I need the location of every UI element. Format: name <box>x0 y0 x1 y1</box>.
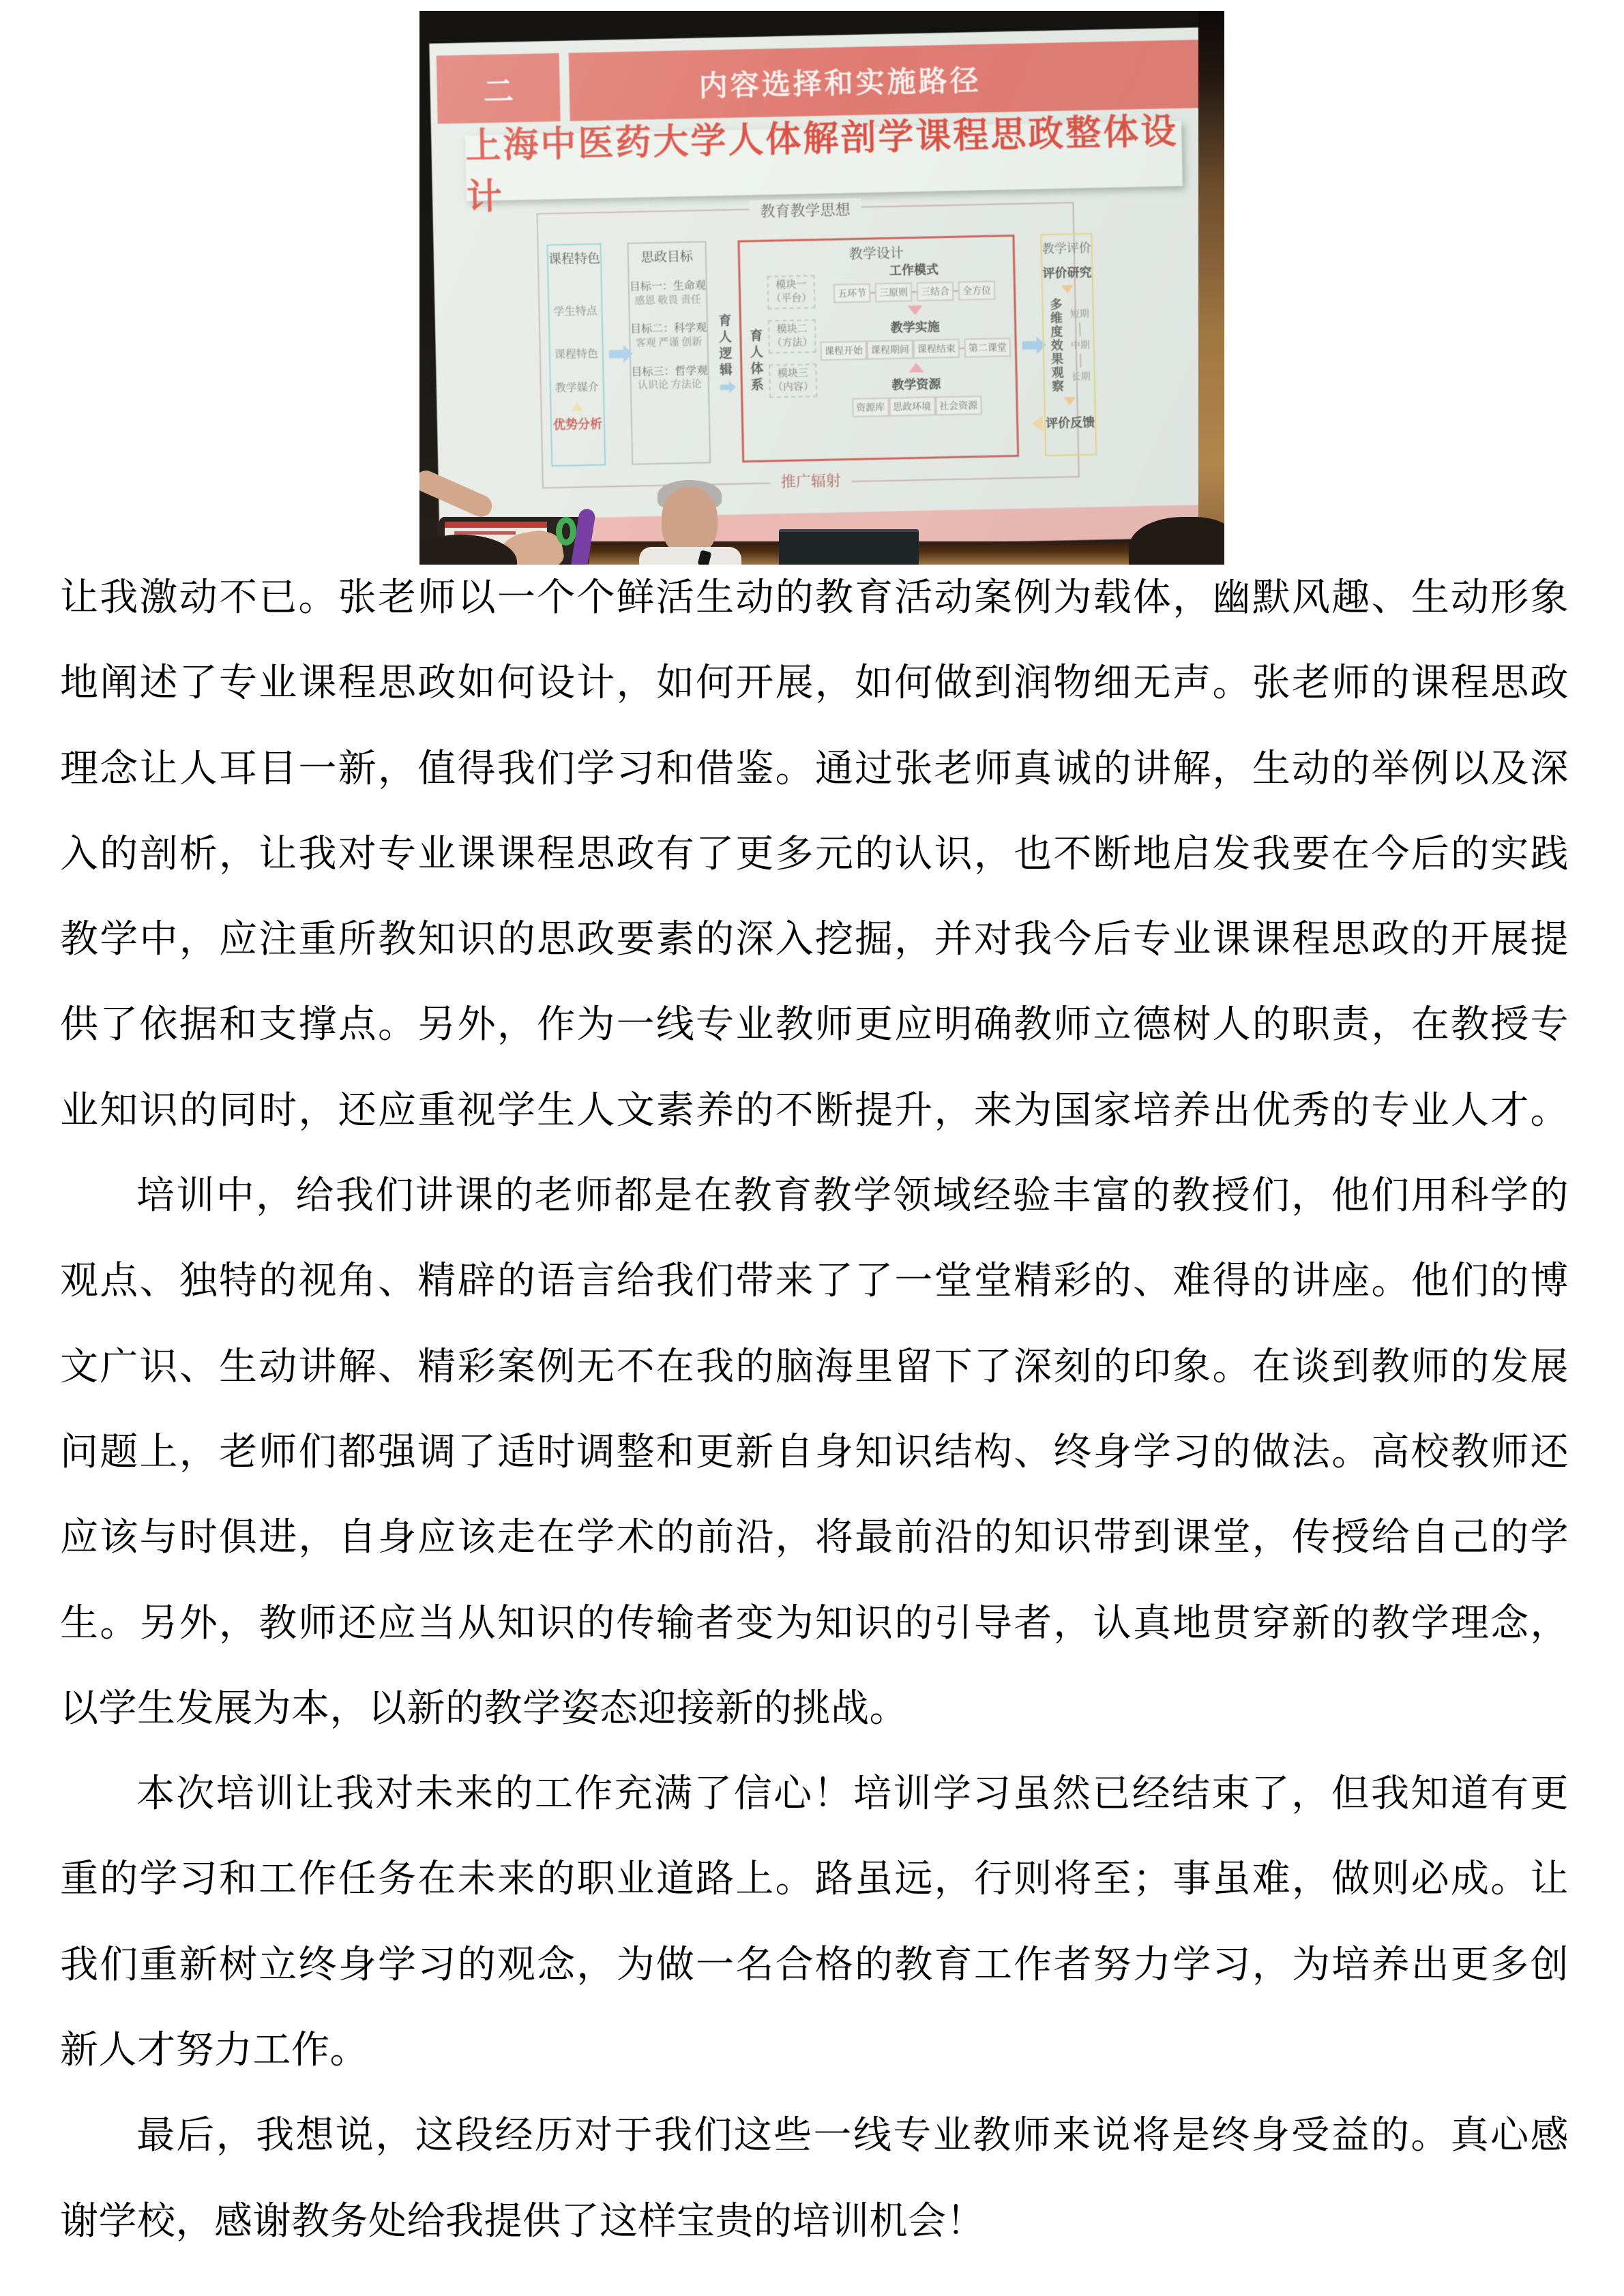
connector-line <box>1079 323 1080 336</box>
resource-item: 社会资源 <box>935 396 982 415</box>
nurture-system-label: 育人体系 <box>745 329 765 395</box>
goal-line: 认识论 方法论 <box>632 378 708 393</box>
work-mode-item: 三结合 <box>917 282 954 301</box>
body-line: 重的学习和工作任务在未来的职业道路上。路虽远，行则将至；事虽难，做则必成。让 <box>60 1837 1569 1922</box>
diagram-row: 课程特色 学生特点 课程特色 教学媒介 优势分析 思政目标 目标一：生命观 感恩… <box>538 203 1078 487</box>
multi-dimension-label: 多维度效果观察 <box>1046 297 1066 393</box>
implement-item: 课程期间 <box>867 340 914 359</box>
nurture-system-side: 育人体系 <box>744 265 767 458</box>
resource-item: 思政环境 <box>889 396 936 416</box>
evaluation-feedback-label: 评价反馈 <box>1046 413 1095 432</box>
body-line: 我们重新树立终身学习的观念，为做一名合格的教育工作者努力学习，为培养出更多创 <box>60 1923 1569 2008</box>
body-line: 文广识、生动讲解、精彩案例无不在我的脑海里留下了深刻的印象。在谈到教师的发展 <box>60 1325 1569 1410</box>
implement-title: 教学实施 <box>890 317 940 336</box>
body-line: 本次培训让我对未来的工作充满了信心！培训学习虽然已经结束了，但我知道有更 <box>60 1752 1569 1837</box>
left-arrow-icon <box>1032 415 1043 432</box>
body-line: 谢学校，感谢教务处给我提供了这样宝贵的培训机会！ <box>60 2179 1569 2265</box>
work-mode-item: 五环节 <box>833 283 871 303</box>
body-line: 业知识的同时，还应重视学生人文素养的不断提升，来为国家培养出优秀的专业人才。 <box>60 1069 1569 1154</box>
work-mode-row: 五环节 三原则 三结合 全方位 <box>833 281 996 303</box>
evaluation-observe-group: 多维度效果观察 短期 中期 长期 <box>1046 297 1091 393</box>
slide-section-number: 二 <box>483 66 514 110</box>
implement-item: 第二课堂 <box>964 338 1012 357</box>
down-arrow-icon <box>1061 285 1074 293</box>
right-arrow-icon <box>1022 341 1037 349</box>
course-feature-title: 课程特色 <box>548 248 601 268</box>
implement-item: 课程开始 <box>821 341 868 361</box>
module-sub: （平台） <box>769 292 813 306</box>
body-line: 理念让人耳目一新，值得我们学习和借鉴。通过张老师真诚的讲解，生动的举例以及深 <box>60 727 1569 812</box>
connector-dash <box>954 290 958 292</box>
period-item: 长期 <box>1072 370 1091 384</box>
body-line: 培训中，给我们讲课的老师都是在教育教学领域经验丰富的教授们，他们用科学的 <box>60 1154 1569 1239</box>
goal-line: 目标三：哲学观 <box>631 364 707 380</box>
module-column: 模块一 （平台） 模块二 （方法） 模块三 （内容） <box>767 275 819 457</box>
connector-dash <box>870 292 875 293</box>
module-item: 模块一 （平台） <box>767 275 816 309</box>
course-feature-item: 课程特色 <box>555 345 598 361</box>
body-line: 教学中，应注重所教知识的思政要素的深入挖掘，并对我今后专业课课程思政的开展提 <box>60 897 1569 983</box>
document-page: { "photo": { "slide": { "section_label":… <box>0 0 1624 2296</box>
period-item: 中期 <box>1071 338 1090 353</box>
resources-row: 资源库 思政环境 社会资源 <box>852 396 982 417</box>
body-line: 入的剖析，让我对专业课课程思政有了更多元的认识，也不断地启发我要在今后的实践 <box>60 812 1569 897</box>
nurture-logic-label: 育人逻辑 <box>714 314 734 380</box>
green-strap <box>556 517 576 546</box>
goal-item: 目标三：哲学观 认识论 方法论 <box>631 364 708 393</box>
right-arrow-icon <box>720 385 730 390</box>
phone-slide-bar <box>445 522 547 528</box>
body-line: 生。另外，教师还应当从知识的传输者变为知识的引导者，认真地贯穿新的教学理念， <box>60 1581 1569 1667</box>
resource-item: 资源库 <box>852 398 889 417</box>
work-area: 工作模式 五环节 三原则 三结合 全方位 教学实施 <box>818 258 1013 456</box>
slide-section-box: 二 <box>437 53 561 124</box>
advantage-analysis-label: 优势分析 <box>553 415 603 434</box>
evaluation-box: 教学评价 评价研究 多维度效果观察 短期 中期 长期 <box>1040 233 1097 457</box>
up-arrow-icon <box>909 363 924 372</box>
course-feature-box: 课程特色 学生特点 课程特色 教学媒介 优势分析 <box>546 243 606 467</box>
teaching-design-box: 教学设计 育人体系 模块一 （平台） 模块二 （方法） <box>737 235 1019 462</box>
down-arrow-icon <box>1063 397 1076 405</box>
work-mode-item: 全方位 <box>958 281 996 301</box>
right-arrow-icon <box>609 350 624 358</box>
goal-item: 目标二：科学观 客观 严谨 创新 <box>630 322 707 351</box>
ideology-goal-box: 思政目标 目标一：生命观 感恩 敬畏 责任 目标二：科学观 客观 严谨 创新 目… <box>627 241 711 464</box>
connector-dash <box>960 348 964 349</box>
module-sub: （内容） <box>771 381 815 395</box>
lecture-photo: 二 内容选择和实施路径 上海中医药大学人体解剖学课程思政整体设计 教育教学思想 … <box>419 11 1224 565</box>
period-item: 短期 <box>1070 307 1089 321</box>
slide-header-title: 内容选择和实施路径 <box>698 58 981 105</box>
wood-wall-right <box>1198 11 1224 565</box>
evaluation-title: 教学评价 <box>1042 239 1092 258</box>
goal-line: 客观 严谨 创新 <box>630 336 707 351</box>
lecturer-head <box>662 487 718 555</box>
goal-line: 目标二：科学观 <box>630 322 707 338</box>
body-line: 以学生发展为本，以新的教学姿态迎接新的挑战。 <box>60 1667 1569 1752</box>
goal-line: 感恩 敬畏 责任 <box>630 293 706 308</box>
resources-title: 教学资源 <box>891 374 941 393</box>
module-name: 模块三 <box>771 367 814 381</box>
implement-item: 课程结束 <box>913 339 960 359</box>
ideology-goal-title: 思政目标 <box>641 246 694 266</box>
connector-line <box>1080 354 1081 368</box>
goal-line: 目标一：生命观 <box>630 279 706 295</box>
module-item: 模块三 （内容） <box>769 363 817 398</box>
diagram-bottom-label: 推广辐射 <box>770 469 853 492</box>
projection-screen: 二 内容选择和实施路径 上海中医药大学人体解剖学课程思政整体设计 教育教学思想 … <box>429 27 1209 553</box>
connector-dash <box>912 291 917 293</box>
module-sub: （方法） <box>770 336 814 351</box>
module-name: 模块一 <box>769 278 813 293</box>
body-line: 问题上，老师们都强调了适时调整和更新自身知识结构、终身学习的做法。高校教师还 <box>60 1410 1569 1495</box>
evaluation-research-label: 评价研究 <box>1042 263 1092 282</box>
slide-title-box: 上海中医药大学人体解剖学课程思政整体设计 <box>465 121 1183 201</box>
body-line: 地阐述了专业课程思政如何设计，如何开展，如何做到润物细无声。张老师的课程思政 <box>60 641 1569 726</box>
course-feature-item: 学生特点 <box>553 302 597 318</box>
body-line: 新人才努力工作。 <box>60 2008 1569 2093</box>
work-mode-item: 三原则 <box>875 282 913 302</box>
body-line: 让我激动不已。张老师以一个个鲜活生动的教育活动案例为载体，幽默风趣、生动形象 <box>60 556 1569 641</box>
up-arrow-icon <box>571 402 583 411</box>
body-line: 供了依据和支撑点。另外，作为一线专业教师更应明确教师立德树人的职责，在教授专 <box>60 983 1569 1068</box>
body-line: 观点、独特的视角、精辟的语言给我们带来了了一堂堂精彩的、难得的讲座。他们的博 <box>60 1239 1569 1324</box>
course-feature-item: 教学媒介 <box>555 378 599 395</box>
nurture-logic-bridge: 育人逻辑 <box>710 241 738 464</box>
period-chain: 短期 中期 长期 <box>1070 307 1091 384</box>
goal-item: 目标一：生命观 感恩 敬畏 责任 <box>630 279 707 308</box>
implement-row: 课程开始 课程期间 课程结束 第二课堂 <box>821 338 1012 361</box>
down-arrow-icon <box>907 305 922 315</box>
module-name: 模块二 <box>770 323 814 337</box>
body-line: 最后，我想说，这段经历对于我们这些一线专业教师来说将是终身受益的。真心感 <box>60 2093 1569 2179</box>
work-mode-title: 工作模式 <box>889 260 939 279</box>
body-text: 让我激动不已。张老师以一个个鲜活生动的教育活动案例为载体，幽默风趣、生动形象 地… <box>60 556 1569 2265</box>
module-item: 模块二 （方法） <box>768 319 816 353</box>
diagram-top-label: 教育教学思想 <box>749 198 861 222</box>
body-line: 应该与时俱进，自身应该走在学术的前沿，将最前沿的知识带到课堂，传授给自己的学 <box>60 1495 1569 1581</box>
slide-diagram: 教育教学思想 推广辐射 课程特色 学生特点 课程特色 教学媒介 优势分析 思政目… <box>537 202 1080 488</box>
